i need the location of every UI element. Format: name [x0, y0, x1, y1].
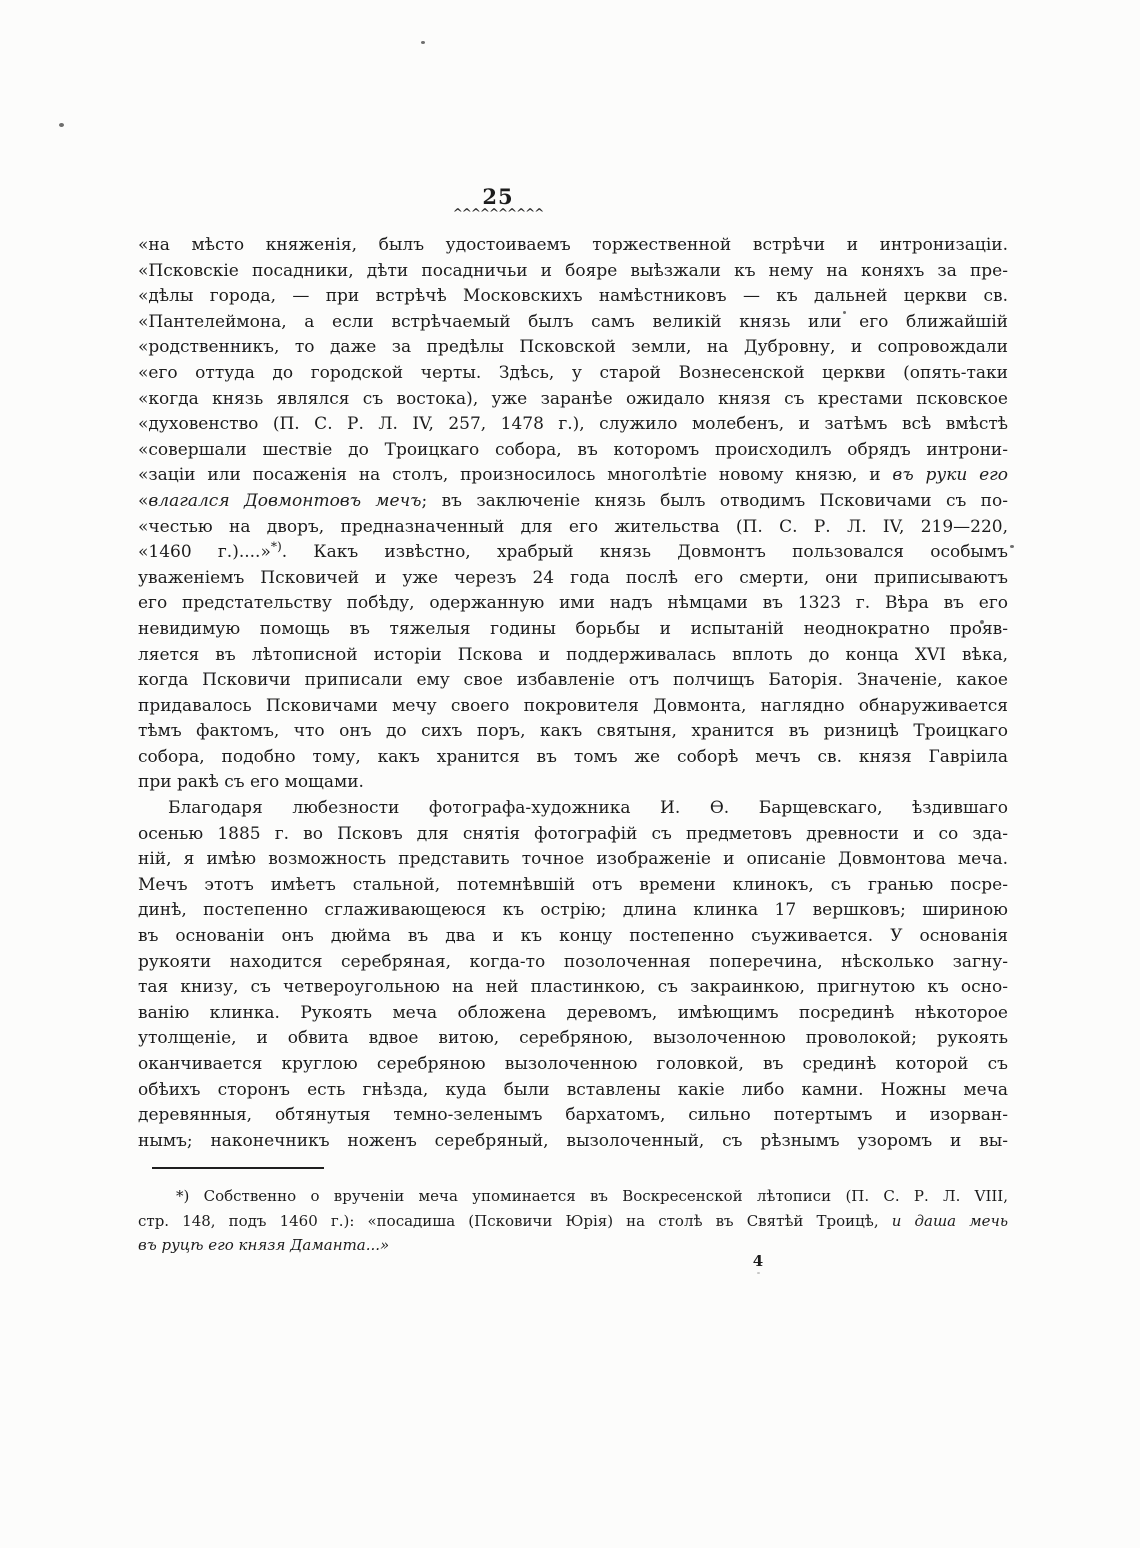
text-line: стр. 148, подъ 1460 г.): «посадиша (Пско…	[138, 1209, 1008, 1234]
text-line: «его оттуда до городской черты. Здѣсь, у…	[138, 361, 1008, 387]
text-line: тая книзу, съ четвероугольною на ней пла…	[138, 975, 1008, 1001]
text-line: когда Псковичи приписали ему свое избавл…	[138, 668, 1008, 694]
text-segment: осенью 1885 г. во Псковъ для снятія фото…	[138, 824, 1008, 844]
header-flourish-ornament: ^^^^^^^^^^	[438, 206, 558, 220]
text-line: нымъ; наконечникъ ноженъ серебряный, выз…	[138, 1129, 1008, 1155]
text-segment: «духовенство (П. С. Р. Л. IV, 257, 1478 …	[138, 414, 1008, 434]
signature-mark: 4	[743, 1252, 773, 1270]
text-line: «Псковскіе посадники, дѣти посадничьи и …	[138, 259, 1008, 285]
text-segment: стр. 148, подъ 1460 г.): «посадиша (Пско…	[138, 1212, 892, 1230]
text-segment: уваженіемъ Псковичей и уже черезъ 24 год…	[138, 568, 1008, 588]
text-segment: «его оттуда до городской черты. Здѣсь, у…	[138, 363, 1008, 383]
text-segment: и даша мечь	[892, 1212, 1008, 1230]
footnote-separator-rule	[152, 1167, 324, 1169]
document-page: 25 ^^^^^^^^^^ «на мѣсто княженія, былъ у…	[0, 0, 1140, 1548]
text-line: «родственникъ, то даже за предѣлы Псковс…	[138, 335, 1008, 361]
text-segment: ванію клинка. Рукоять меча обложена дере…	[138, 1003, 1008, 1023]
text-segment: «когда князь являлся съ востока), уже за…	[138, 389, 1008, 409]
text-line: его предстательству побѣду, одержанную и…	[138, 591, 1008, 617]
scan-speck	[757, 1272, 760, 1274]
text-line: Мечъ этотъ имѣетъ стальной, потемнѣвшій …	[138, 873, 1008, 899]
text-segment: «1460 г.)....»	[138, 542, 271, 562]
scan-speck	[1010, 545, 1014, 548]
text-line: «честью на дворъ, предназначенный для ег…	[138, 515, 1008, 541]
text-line: *) Собственно о врученіи меча упоминаетс…	[138, 1184, 1008, 1209]
footnote-block: *) Собственно о врученіи меча упоминаетс…	[138, 1184, 1008, 1258]
text-segment: оканчивается круглою серебряною вызолоче…	[138, 1054, 1008, 1074]
text-segment: ; въ заключеніе князь былъ отводимъ Пско…	[421, 491, 1008, 511]
text-segment: въ основаніи онъ дюйма въ два и къ концу…	[138, 926, 1008, 946]
text-segment: Мечъ этотъ имѣетъ стальной, потемнѣвшій …	[138, 875, 1008, 895]
text-line: «совершали шествіе до Троицкаго собора, …	[138, 438, 1008, 464]
text-segment: тѣмъ фактомъ, что онъ до сихъ поръ, какъ…	[138, 721, 1008, 741]
text-segment: обѣихъ сторонъ есть гнѣзда, куда были вс…	[138, 1080, 1008, 1100]
text-line: невидимую помощь въ тяжелыя годины борьб…	[138, 617, 1008, 643]
text-line: ній, я имѣю возможность представить точн…	[138, 847, 1008, 873]
text-segment: тая книзу, съ четвероугольною на ней пла…	[138, 977, 1008, 997]
scan-speck	[59, 123, 64, 127]
text-segment: «дѣлы города, — при встрѣчѣ Московскихъ …	[138, 286, 1008, 306]
text-segment: когда Псковичи приписали ему свое избавл…	[138, 670, 1008, 690]
text-line: въ основаніи онъ дюйма въ два и къ концу…	[138, 924, 1008, 950]
text-segment: въ руцѣ его князя Даманта...»	[138, 1236, 389, 1254]
text-line: «Пантелеймона, а если встрѣчаемый былъ с…	[138, 310, 1008, 336]
footnote-reference-mark: *)	[271, 539, 282, 553]
text-line: при ракѣ съ его мощами.	[138, 770, 1008, 796]
text-line: придавалось Псковичами мечу своего покро…	[138, 694, 1008, 720]
text-line: динѣ, постепенно сглаживающеюся къ острі…	[138, 898, 1008, 924]
text-segment: «	[138, 491, 148, 511]
text-line: утолщеніе, и обвита вдвое витою, серебря…	[138, 1026, 1008, 1052]
scan-speck	[980, 620, 984, 624]
text-segment: рукояти находится серебряная, когда-то п…	[138, 952, 1008, 972]
text-segment: его предстательству побѣду, одержанную и…	[138, 593, 1008, 613]
text-segment: «честью на дворъ, предназначенный для ег…	[138, 517, 1008, 537]
text-segment: «заціи или посаженія на столъ, произноси…	[138, 465, 892, 485]
text-line: «когда князь являлся съ востока), уже за…	[138, 387, 1008, 413]
text-line: «духовенство (П. С. Р. Л. IV, 257, 1478 …	[138, 412, 1008, 438]
text-line: «1460 г.)....»*). Какъ извѣстно, храбрый…	[138, 540, 1008, 566]
text-line: уваженіемъ Псковичей и уже черезъ 24 год…	[138, 566, 1008, 592]
text-segment: Благодаря любезности фотографа-художника…	[168, 798, 1008, 818]
text-segment: «Пантелеймона, а если встрѣчаемый былъ с…	[138, 312, 1008, 332]
text-line: осенью 1885 г. во Псковъ для снятія фото…	[138, 822, 1008, 848]
text-segment: при ракѣ съ его мощами.	[138, 772, 364, 792]
text-segment: утолщеніе, и обвита вдвое витою, серебря…	[138, 1028, 1008, 1048]
text-segment: ній, я имѣю возможность представить точн…	[138, 849, 1008, 869]
text-segment: невидимую помощь въ тяжелыя годины борьб…	[138, 619, 1008, 639]
scan-speck	[843, 311, 846, 314]
text-line: оканчивается круглою серебряною вызолоче…	[138, 1052, 1008, 1078]
text-segment: «родственникъ, то даже за предѣлы Псковс…	[138, 337, 1008, 357]
main-text-block: «на мѣсто княженія, былъ удостоиваемъ то…	[138, 233, 1008, 1154]
text-line: «заціи или посаженія на столъ, произноси…	[138, 463, 1008, 489]
text-segment: ляется въ лѣтописной исторіи Пскова и по…	[138, 645, 1008, 665]
text-segment: «Псковскіе посадники, дѣти посадничьи и …	[138, 261, 1008, 281]
text-segment: придавалось Псковичами мечу своего покро…	[138, 696, 1008, 716]
text-line: «дѣлы города, — при встрѣчѣ Московскихъ …	[138, 284, 1008, 310]
text-line: ванію клинка. Рукоять меча обложена дере…	[138, 1001, 1008, 1027]
text-segment: «на мѣсто княженія, былъ удостоиваемъ то…	[138, 235, 1008, 255]
text-line: деревянныя, обтянутыя темно-зеленымъ бар…	[138, 1103, 1008, 1129]
text-segment: . Какъ извѣстно, храбрый князь Довмонтъ …	[282, 542, 1008, 562]
text-line: рукояти находится серебряная, когда-то п…	[138, 950, 1008, 976]
text-segment: собора, подобно тому, какъ хранится въ т…	[138, 747, 1008, 767]
text-line: «влагался Довмонтовъ мечъ; въ заключеніе…	[138, 489, 1008, 515]
text-line: въ руцѣ его князя Даманта...»	[138, 1233, 1008, 1258]
text-segment: *) Собственно о врученіи меча упоминаетс…	[176, 1187, 1008, 1205]
text-line: «на мѣсто княженія, былъ удостоиваемъ то…	[138, 233, 1008, 259]
text-segment: влагался Довмонтовъ мечъ	[148, 491, 421, 511]
scan-speck	[421, 41, 425, 44]
text-line: ляется въ лѣтописной исторіи Пскова и по…	[138, 643, 1008, 669]
text-line: обѣихъ сторонъ есть гнѣзда, куда были вс…	[138, 1078, 1008, 1104]
text-line: собора, подобно тому, какъ хранится въ т…	[138, 745, 1008, 771]
text-line: Благодаря любезности фотографа-художника…	[138, 796, 1008, 822]
text-segment: въ руки его	[892, 465, 1008, 485]
text-segment: «совершали шествіе до Троицкаго собора, …	[138, 440, 1008, 460]
text-segment: деревянныя, обтянутыя темно-зеленымъ бар…	[138, 1105, 1008, 1125]
text-segment: динѣ, постепенно сглаживающеюся къ острі…	[138, 900, 1008, 920]
text-segment: нымъ; наконечникъ ноженъ серебряный, выз…	[138, 1131, 1008, 1151]
text-line: тѣмъ фактомъ, что онъ до сихъ поръ, какъ…	[138, 719, 1008, 745]
